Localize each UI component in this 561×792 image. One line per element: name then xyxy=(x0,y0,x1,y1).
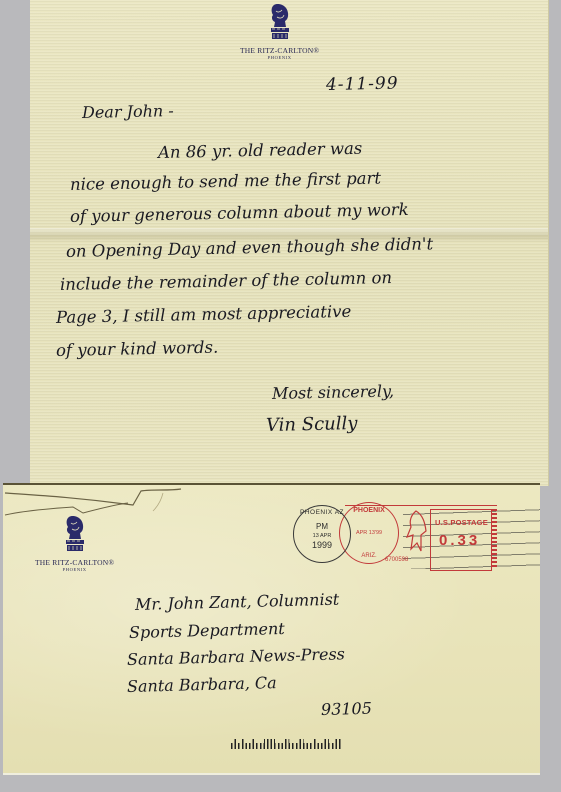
address-zip: 93105 xyxy=(321,699,372,719)
letter-sheet: THE RITZ-CARLTON® PHOENIX 4-11-99 Dear J… xyxy=(30,0,548,486)
lion-crown-icon xyxy=(60,515,90,555)
letterhead-brand: THE RITZ-CARLTON® xyxy=(240,46,319,55)
letter-body-line: of your generous column about my work xyxy=(70,200,409,226)
eagle-icon xyxy=(401,507,431,557)
letterhead-city: PHOENIX xyxy=(268,55,292,60)
postmark: PHOENIX AZ PM 13 APR 1999 xyxy=(293,505,351,563)
meter-perforation xyxy=(492,509,497,569)
letter-closing: Most sincerely, xyxy=(272,381,394,403)
postage-value-box: U.S.POSTAGE 0.33 xyxy=(430,509,492,571)
return-logo-city: PHOENIX xyxy=(63,567,87,572)
letter-salutation: Dear John - xyxy=(82,101,174,122)
postmark-city: PHOENIX AZ xyxy=(300,509,344,516)
letter-body-line: Page 3, I still am most appreciative xyxy=(56,302,352,327)
letter-date: 4-11-99 xyxy=(326,73,399,95)
postmark-day: 13 APR xyxy=(313,533,332,539)
address-line: Santa Barbara News-Press xyxy=(127,644,345,669)
letter-body-line: nice enough to send me the first part xyxy=(70,168,381,194)
meter-state: ARIZ. xyxy=(361,553,376,559)
postal-barcode xyxy=(231,739,341,749)
letter-signature: Vin Scully xyxy=(266,413,358,436)
letter-body-line: An 86 yr. old reader was xyxy=(158,139,363,162)
envelope: THE RITZ-CARLTON® PHOENIX PHOENIX APR 13… xyxy=(3,483,540,773)
lion-crown-icon xyxy=(265,3,295,43)
return-logo-brand: THE RITZ-CARLTON® xyxy=(35,558,114,567)
postage-amount: 0.33 xyxy=(439,532,480,549)
address-line: Sports Department xyxy=(129,619,285,642)
postmark-time: PM xyxy=(316,522,328,531)
address-line: Mr. John Zant, Columnist xyxy=(135,590,340,614)
letter-body-line: include the remainder of the column on xyxy=(60,268,392,294)
postmark-year: 1999 xyxy=(312,540,332,550)
meter-city: PHOENIX xyxy=(353,507,385,514)
postage-label: U.S.POSTAGE xyxy=(435,518,488,527)
letter-body-line: of your kind words. xyxy=(56,338,219,360)
meter-number: 6700598 xyxy=(385,557,408,563)
return-address-logo: THE RITZ-CARLTON® PHOENIX xyxy=(35,515,114,572)
meter-date: APR 13'99 xyxy=(356,530,382,536)
letterhead-logo: THE RITZ-CARLTON® PHOENIX xyxy=(240,3,319,60)
address-line: Santa Barbara, Ca xyxy=(127,673,277,696)
